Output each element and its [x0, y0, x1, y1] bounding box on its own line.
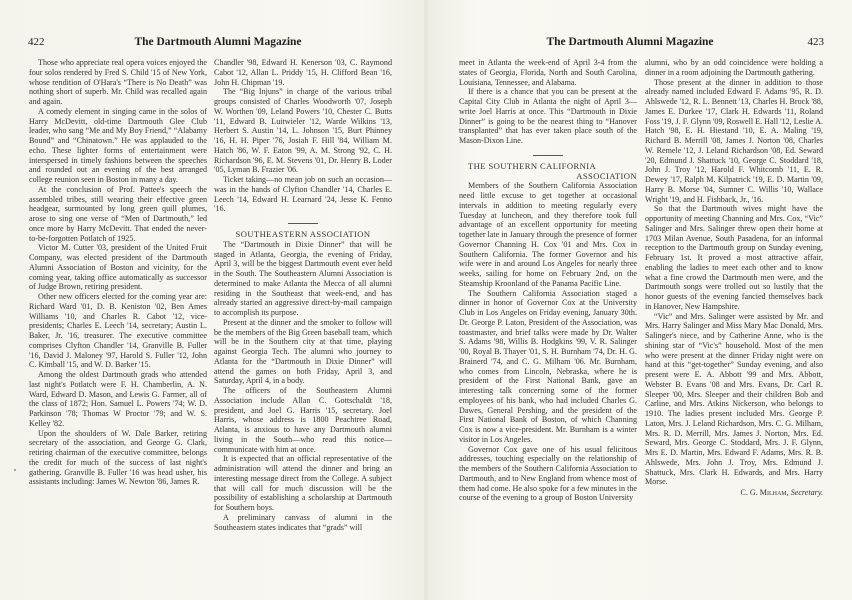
running-title: The Dartmouth Alumni Magazine — [436, 36, 824, 48]
page-number: 423 — [808, 36, 825, 48]
paragraph: If there is a chance that you can be pre… — [459, 87, 637, 146]
paragraph-continuation: meet in Atlanta the week-end of April 3-… — [459, 58, 637, 87]
paragraph: Other new officers elected for the comin… — [29, 292, 207, 370]
paragraph: The Southern California Association stag… — [459, 289, 637, 445]
page-gutter — [424, 0, 428, 600]
paragraph: Present at the dinner and the smoker to … — [214, 318, 392, 386]
paragraph-continuation: alumni, who by an odd coincidence were h… — [645, 58, 823, 78]
section-heading: SOUTHEASTERN ASSOCIATION — [214, 230, 392, 240]
right-page-column-1: meet in Atlanta the week-end of April 3-… — [459, 58, 637, 503]
section-heading-line-2: ASSOCIATION — [459, 172, 637, 182]
paragraph: At the conclusion of Prof. Pattee's spee… — [29, 185, 207, 244]
paragraph-continuation: Chandler '98, Edward H. Kenerson '03, C.… — [214, 58, 392, 87]
paragraph: It is expected that an official represen… — [214, 454, 392, 513]
left-page: 422 The Dartmouth Alumni Magazine Those … — [0, 0, 426, 600]
left-page-column-1: Those who appreciate real opera voices e… — [29, 58, 207, 487]
paragraph: Members of the Southern California Assoc… — [459, 181, 637, 288]
signature-name: C. G. Milham, — [740, 488, 788, 497]
paragraph: Among the oldest Dartmouth grads who att… — [29, 370, 207, 429]
paragraph: So that the Dartmouth wives might have t… — [645, 204, 823, 311]
paragraph: The “Dartmouth in Dixie Dinner” that wil… — [214, 240, 392, 318]
paragraph: The officers of the Southeastern Alumni … — [214, 386, 392, 454]
paragraph: The “Big Injuns” in charge of the variou… — [214, 87, 392, 175]
right-page: The Dartmouth Alumni Magazine 423 meet i… — [426, 0, 852, 600]
paragraph: Governor Cox gave one of his usual felic… — [459, 445, 637, 504]
paragraph: A comedy element in singing came in the … — [29, 107, 207, 185]
print-speck — [14, 469, 16, 471]
section-divider — [288, 223, 318, 224]
paragraph: Upon the shoulders of W. Dale Barker, re… — [29, 429, 207, 488]
right-page-header: The Dartmouth Alumni Magazine 423 — [436, 36, 824, 52]
left-page-header: 422 The Dartmouth Alumni Magazine — [28, 36, 408, 52]
paragraph: Ticket taking—no mean job on such an occ… — [214, 175, 392, 214]
paragraph: Those who appreciate real opera voices e… — [29, 58, 207, 107]
signature-role: Secretary. — [791, 488, 823, 497]
running-title: The Dartmouth Alumni Magazine — [28, 36, 408, 48]
paragraph: Those present at the dinner in addition … — [645, 78, 823, 205]
right-page-column-2: alumni, who by an odd coincidence were h… — [645, 58, 823, 498]
signature: C. G. Milham, Secretary. — [645, 488, 823, 498]
paragraph: A preliminary canvass of alumni in the S… — [214, 513, 392, 533]
paragraph: Victor M. Cutter '03, president of the U… — [29, 243, 207, 292]
paragraph: “Vic” and Mrs. Salinger were assisted by… — [645, 312, 823, 488]
section-divider — [533, 155, 563, 156]
magazine-spread: 422 The Dartmouth Alumni Magazine Those … — [0, 0, 852, 600]
left-page-column-2: Chandler '98, Edward H. Kenerson '03, C.… — [214, 58, 392, 532]
